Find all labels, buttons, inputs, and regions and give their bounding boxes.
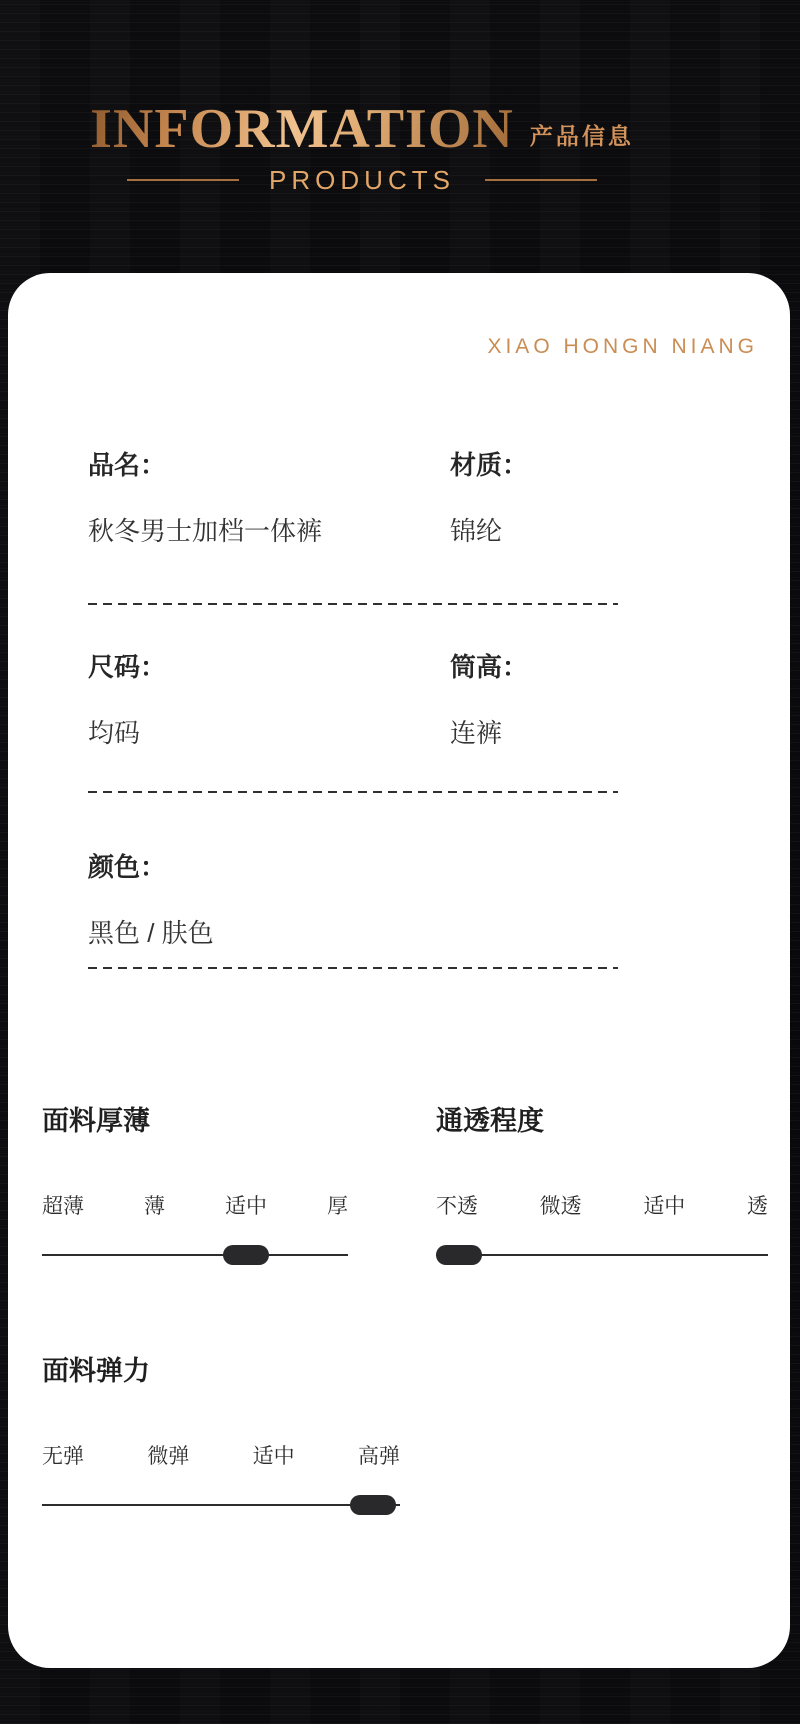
spec-color: 颜色： 黑色 / 肤色 [88,851,450,949]
slider-options: 无弹 微弹 适中 高弹 [42,1443,400,1470]
slider-option: 超薄 [42,1193,84,1220]
slider-option: 薄 [144,1193,165,1220]
slider-title: 面料厚薄 [42,1105,348,1137]
right-rule-line [485,179,597,181]
spec-row-name-material: 品名： 秋冬男士加档一体裤 材质： 锦纶 [88,449,710,547]
slider-option: 高弹 [358,1443,400,1470]
spec-row-color: 颜色： 黑色 / 肤色 [88,851,710,949]
header-title-row: INFORMATION 产品信息 [0,100,724,159]
slider-track[interactable] [42,1495,400,1515]
brand-name: XIAO HONGN NIANG [487,335,758,359]
slider-group-transparency: 通透程度 不透 微透 适中 透 [436,1105,768,1265]
slider-option: 透 [747,1193,768,1220]
slider-thumb[interactable] [436,1245,482,1265]
slider-option: 微弹 [147,1443,189,1470]
spec-label: 品名： [88,449,450,482]
spec-label: 尺码： [88,651,450,684]
slider-title: 面料弹力 [42,1355,400,1387]
spec-tube-height: 筒高： 连裤 [450,651,710,749]
page-title: INFORMATION [90,100,514,159]
slider-option: 不透 [436,1193,478,1220]
slider-option: 适中 [253,1443,295,1470]
slider-thumb[interactable] [350,1495,396,1515]
slider-option: 适中 [643,1193,685,1220]
spec-value: 黑色 / 肤色 [88,917,450,950]
slider-group-fabric-elasticity: 面料弹力 无弹 微弹 适中 高弹 [42,1355,400,1515]
page-title-chinese: 产品信息 [530,118,634,159]
spec-row-size-height: 尺码： 均码 筒高： 连裤 [88,651,710,749]
slider-option: 适中 [225,1193,267,1220]
slider-group-fabric-thickness: 面料厚薄 超薄 薄 适中 厚 [42,1105,348,1265]
slider-options: 超薄 薄 适中 厚 [42,1193,348,1220]
slider-option: 厚 [327,1193,348,1220]
page-subtitle: PRODUCTS [269,165,455,196]
spec-value: 秋冬男士加档一体裤 [88,515,450,548]
product-info-card: XIAO HONGN NIANG 品名： 秋冬男士加档一体裤 材质： 锦纶 尺码… [8,273,790,1668]
spec-material: 材质： 锦纶 [450,449,710,547]
dashed-divider [88,967,618,969]
slider-thumb[interactable] [223,1245,269,1265]
slider-track[interactable] [42,1245,348,1265]
header-subtitle-row: PRODUCTS [0,165,724,196]
dashed-divider [88,791,618,793]
slider-option: 微透 [540,1193,582,1220]
slider-options: 不透 微透 适中 透 [436,1193,768,1220]
slider-option: 无弹 [42,1443,84,1470]
dashed-divider [88,603,618,605]
slider-title: 通透程度 [436,1105,768,1137]
spec-value: 均码 [88,717,450,750]
spec-product-name: 品名： 秋冬男士加档一体裤 [88,449,450,547]
spec-label: 筒高： [450,651,710,684]
header: INFORMATION 产品信息 PRODUCTS [0,0,724,196]
spec-label: 材质： [450,449,710,482]
spec-value: 锦纶 [450,515,710,548]
spec-label: 颜色： [88,851,450,884]
spec-size: 尺码： 均码 [88,651,450,749]
slider-track[interactable] [436,1245,768,1265]
left-rule-line [127,179,239,181]
spec-value: 连裤 [450,717,710,750]
